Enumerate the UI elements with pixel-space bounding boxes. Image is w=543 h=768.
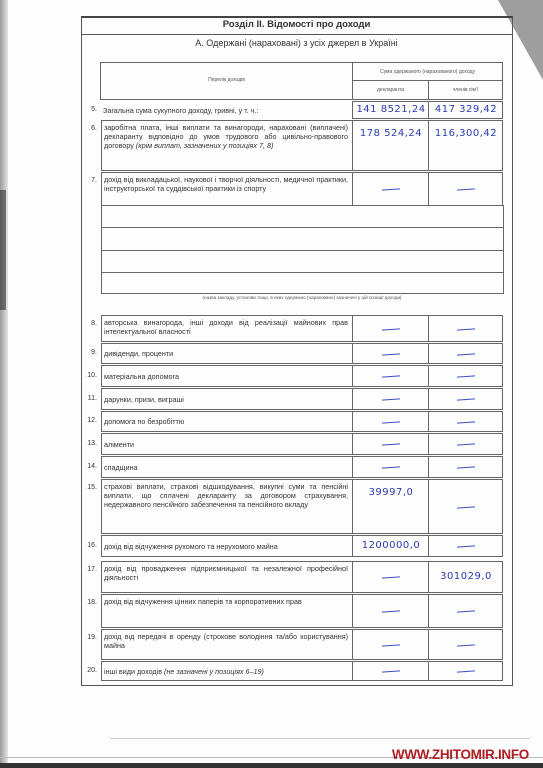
row-number: 6. (79, 125, 97, 132)
income-label: авторська винагорода, інші доходи від ре… (104, 318, 348, 336)
income-label: допомога по безробіттю (104, 417, 348, 426)
row-number: 11. (79, 395, 97, 402)
scan-artifact-line (110, 738, 530, 739)
row-number: 18. (79, 599, 97, 606)
row-number: 16. (79, 542, 97, 549)
income-label: аліменти (104, 440, 348, 449)
row-number: 9. (79, 349, 97, 356)
row-number: 12. (79, 417, 97, 424)
institution-line (101, 250, 504, 251)
row-number: 7. (79, 177, 97, 184)
income-label: заробітна плата, інші виплати та винагор… (104, 123, 348, 150)
income-label: дарунки, призи, виграші (104, 395, 348, 404)
income-label: дохід від провадження підприємницької та… (104, 564, 348, 582)
family-value: 417 329,42 (429, 104, 503, 115)
income-label: дохід від відчуження цінних паперів та к… (104, 597, 348, 606)
institution-line (101, 227, 504, 228)
income-label: матеріальна допомога (104, 372, 348, 381)
row-number: 19. (79, 634, 97, 641)
income-label: Загальна сума сукупного доходу, гривні, … (103, 106, 347, 115)
header-amount-group: Сума одержаного (нарахованого) доходу (352, 62, 503, 81)
row-number: 5. (79, 106, 97, 113)
family-value: 301029,0 (429, 571, 503, 582)
institution-caption: (назва закладу, установи тощо, в яких од… (100, 295, 504, 300)
income-label: спадщина (104, 463, 348, 472)
row-number: 15. (79, 484, 97, 491)
row-number: 13. (79, 440, 97, 447)
header-income-list: Перелік доходів (100, 62, 353, 100)
income-label: страхові виплати, страхові відшкодування… (104, 482, 348, 509)
declarant-value: 1200000,0 (353, 540, 429, 551)
declarant-value: 39997,0 (353, 487, 429, 498)
scan-left-shadow (0, 190, 6, 310)
row-number: 17. (79, 566, 97, 573)
income-label: дохід від викладацької, наукової і творч… (104, 175, 348, 193)
row-number: 8. (79, 320, 97, 327)
declarant-value: 178 524,24 (353, 128, 429, 139)
watermark: WWW.ZHITOMIR.INFO (392, 747, 529, 762)
header-family: членів сім'ї (428, 80, 503, 100)
family-value: 116,300,42 (429, 128, 503, 139)
row-number: 10. (79, 372, 97, 379)
income-label: дохід від відчуження рухомого та нерухом… (104, 542, 348, 551)
row-number: 20. (79, 667, 97, 674)
institution-line (101, 272, 504, 273)
section-title: Розділ ІІ. Відомості про доходи (81, 16, 512, 35)
income-label: дохід від передачі в оренду (строкове во… (104, 632, 348, 650)
scan-left-edge (0, 0, 8, 768)
declarant-value: 141 8521,24 (353, 104, 429, 115)
section-subtitle: А. Одержані (нараховані) з усіх джерел в… (81, 38, 512, 48)
header-declarant: декларанта (352, 80, 429, 100)
row-number: 14. (79, 463, 97, 470)
income-label: інші види доходів (не зазначені у позиці… (104, 667, 348, 676)
scan-bottom-edge (0, 763, 543, 768)
income-label: дивіденди, проценти (104, 349, 348, 358)
